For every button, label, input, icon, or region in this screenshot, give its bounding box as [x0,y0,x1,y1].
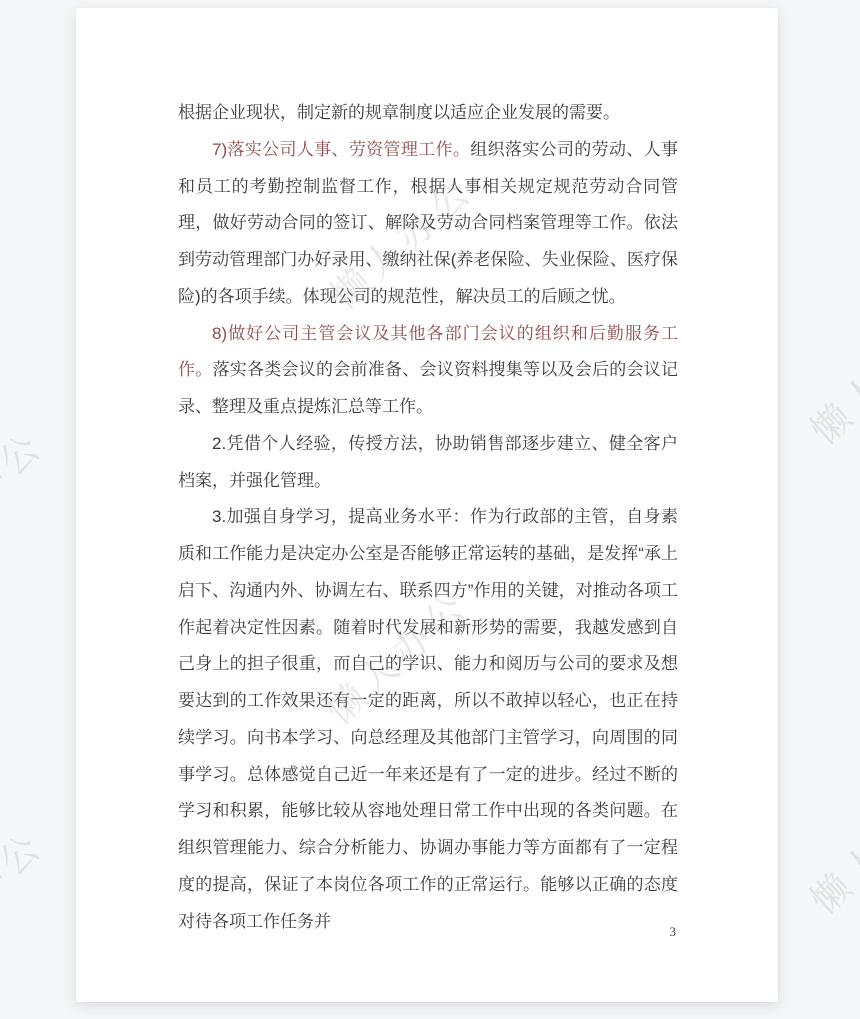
site-watermark: 懒人办公 [0,816,54,975]
site-watermark: 懒人办公 [796,296,860,455]
paragraph: 7)落实公司人事、劳资管理工作。组织落实公司的劳动、人事和员工的考勤控制监督工作… [178,132,678,316]
paragraph: 3.加强自身学习，提高业务水平：作为行政部的主管，自身素质和工作能力是决定办公室… [178,499,678,940]
paragraph: 8)做好公司主管会议及其他各部门会议的组织和后勤服务工作。落实各类会议的会前准备… [178,316,678,426]
heading-segment: 7)落实公司人事、劳资管理工作。 [212,140,470,159]
document-page: 根据企业现状，制定新的规章制度以适应企业发展的需要。7)落实公司人事、劳资管理工… [76,8,778,1002]
paragraph: 根据企业现状，制定新的规章制度以适应企业发展的需要。 [178,95,678,132]
text-segment: 落实各类会议的会前准备、会议资料搜集等以及会后的会议记录、整理及重点提炼汇总等工… [178,360,678,416]
site-watermark: 懒人办公 [796,766,860,925]
text-segment: 根据企业现状，制定新的规章制度以适应企业发展的需要。 [178,103,620,122]
text-segment: 3.加强自身学习，提高业务水平：作为行政部的主管，自身素质和工作能力是决定办公室… [178,507,678,930]
document-body: 根据企业现状，制定新的规章制度以适应企业发展的需要。7)落实公司人事、劳资管理工… [178,95,678,940]
text-segment: 2.凭借个人经验，传授方法，协助销售部逐步建立、健全客户档案，并强化管理。 [178,434,678,490]
site-watermark: 懒人办公 [0,416,54,575]
text-segment: 组织落实公司的劳动、人事和员工的考勤控制监督工作，根据人事相关规定规范劳动合同管… [178,140,678,306]
paragraph: 2.凭借个人经验，传授方法，协助销售部逐步建立、健全客户档案，并强化管理。 [178,426,678,500]
page-number: 3 [670,924,677,940]
